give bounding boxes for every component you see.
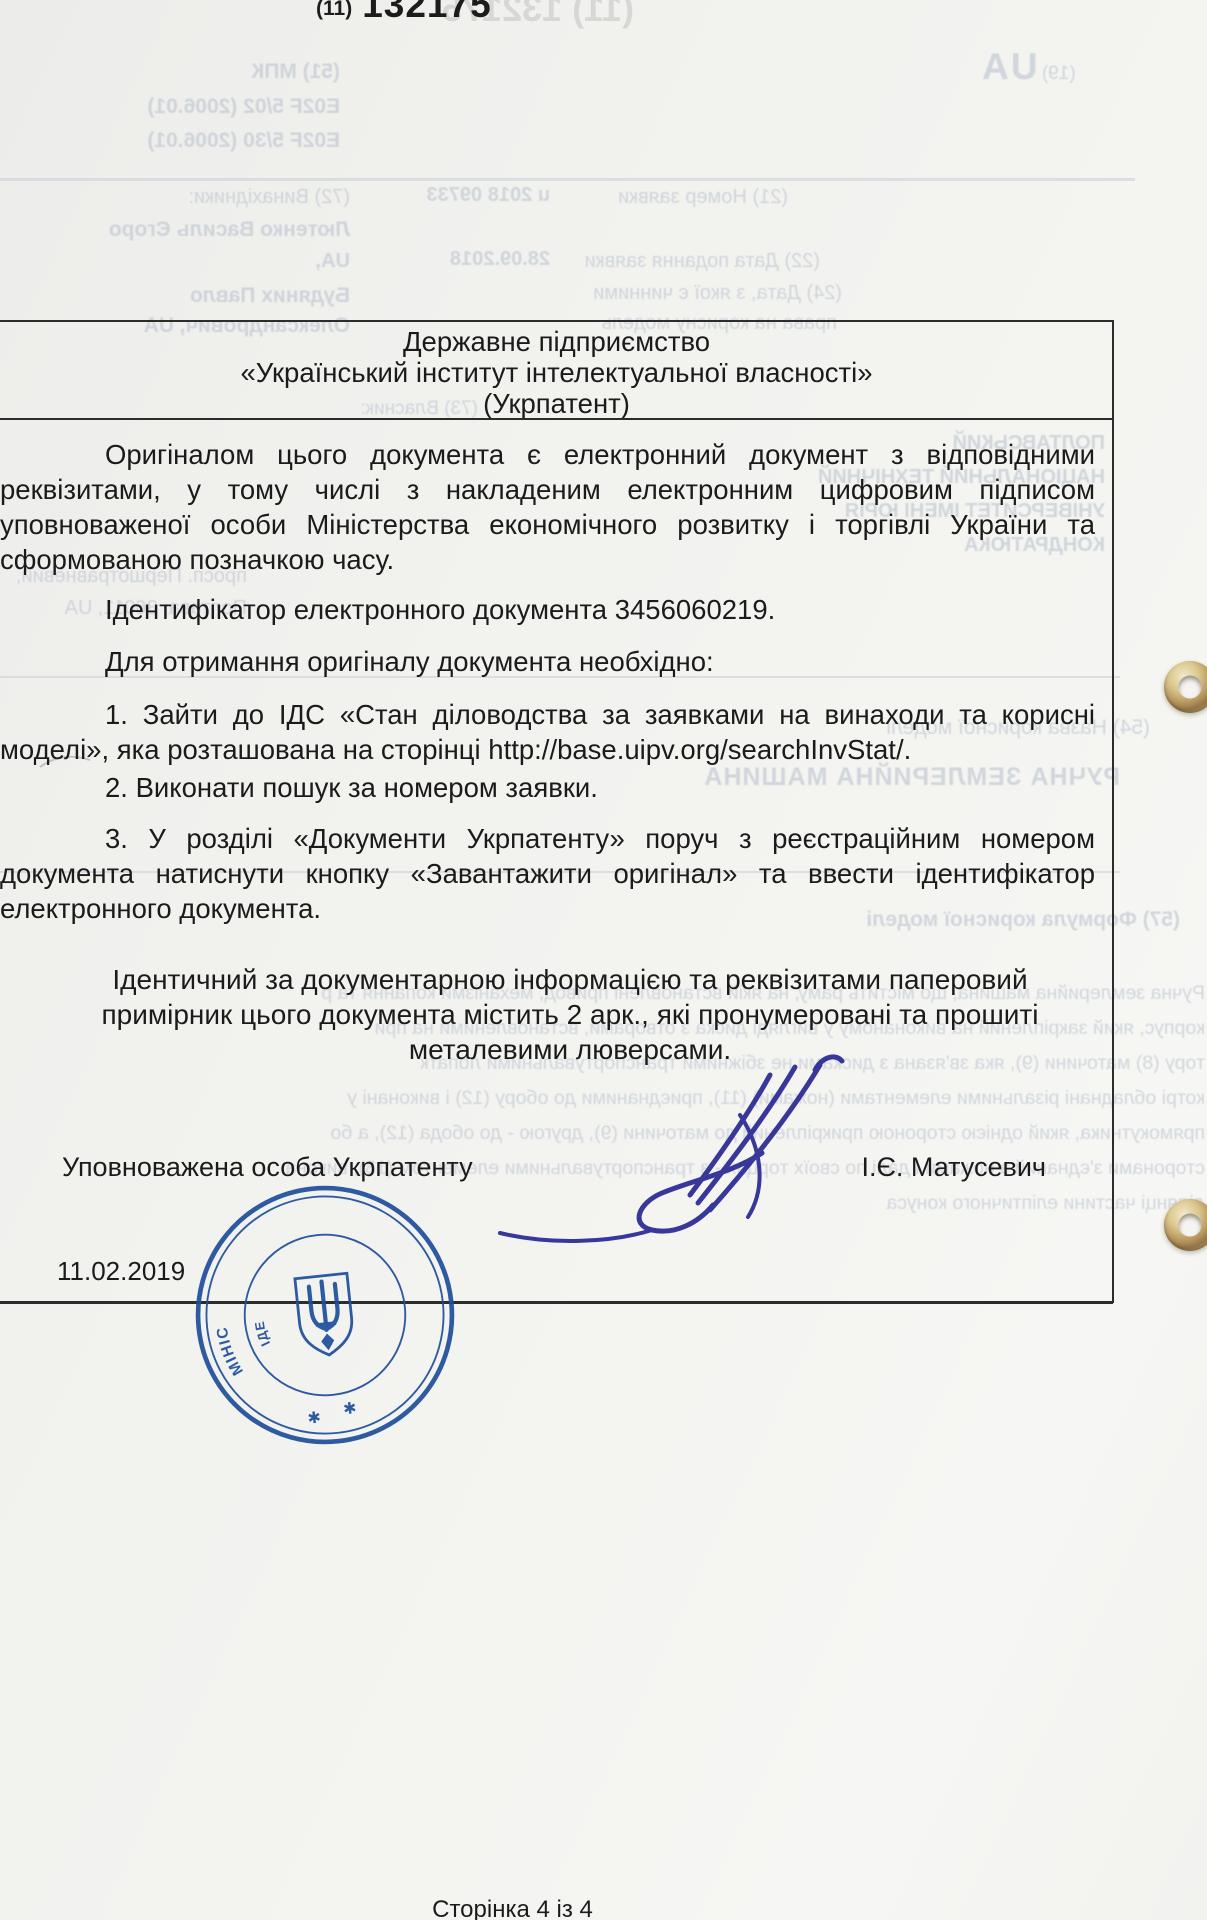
- step2-line: 2. Виконати пошук за номером заявки.: [0, 770, 1095, 805]
- header-enterprise: Державне підприємство: [0, 326, 1113, 357]
- frame-rule-top: [0, 320, 1113, 322]
- page-number-label: Сторінка 4 із 4: [0, 1892, 1025, 1920]
- bleedthrough-country-code: (19) UA: [980, 46, 1076, 88]
- bleed-app-number: u 2018 09733: [412, 184, 550, 207]
- bleed-ipc-code2: E02F 5/30 (2006.01): [48, 129, 340, 153]
- document-body: Оригіналом цього документа є електронний…: [0, 437, 1095, 926]
- paragraph-line: сформованою позначкою часу.: [0, 542, 1095, 577]
- step3-line: 3. У розділі «Документи Укрпатенту» пору…: [0, 821, 1095, 856]
- scanned-patent-page: (19) UA (51) МПК E02F 5/02 (2006.01) E02…: [0, 0, 1207, 1920]
- bleed-kind-code: (19): [1042, 63, 1076, 84]
- frame-rule-right: [1112, 320, 1114, 1303]
- step3-line: електронного документа.: [0, 891, 1095, 926]
- bleed-rights-label1: (24) Дата, з якої є чинними: [558, 282, 842, 305]
- trident-emblem-icon: [295, 1273, 355, 1357]
- stamp-ring-label: МІНІСТЕРСТВО ЕКОНОМІЧНОГО РОЗВИТКУ І ТОР…: [171, 1172, 248, 1384]
- stamp-star-icon: ✱: [307, 1409, 322, 1427]
- obtain-instructions-line: Для отримання оригіналу документа необхі…: [0, 644, 1095, 679]
- metal-grommet: [1164, 661, 1207, 713]
- stamp-star-icon: ✱: [342, 1400, 357, 1418]
- bleed-ua-code: UA: [980, 46, 1037, 87]
- step1-line: моделі», яка розташована на сторінці htt…: [0, 732, 1095, 767]
- header-ukrpatent: (Укрпатент): [0, 388, 1113, 419]
- metal-grommet: [1164, 1199, 1207, 1251]
- document-date: 11.02.2019: [57, 1254, 185, 1289]
- publication-code-prefix: (11): [316, 0, 352, 26]
- stamp-ring-text: МІНІСТЕРСТВО ЕКОНОМІЧНОГО РОЗВИТКУ І ТОР…: [171, 1172, 248, 1384]
- bleed-filing-date-label: (22) Дата подання заявки: [558, 250, 820, 273]
- handwritten-signature: [470, 1045, 850, 1255]
- bleed-inventors-label: (72) Винахідники:: [138, 186, 350, 209]
- bleed-rule: [0, 178, 1135, 181]
- publication-number: (11) 132175: [316, 0, 492, 26]
- publication-number-value: 132175: [362, 0, 491, 26]
- bleed-ipc-label: (51) МПК: [48, 60, 340, 84]
- bleed-ipc-code1: E02F 5/02 (2006.01): [48, 95, 340, 119]
- bleed-app-number-label: (21) Номер заявки: [558, 186, 788, 209]
- document-header: Державне підприємство «Український інсти…: [0, 326, 1113, 419]
- bleed-filing-date: 28.09.2018: [412, 248, 550, 271]
- bleed-claims-line: ділянці частини еліптичного конуса: [800, 1192, 1205, 1215]
- step3-line: документа натиснути кнопку «Завантажити …: [0, 856, 1095, 891]
- note-line: Ідентичний за документарною інформацією …: [0, 962, 1140, 997]
- identifier-line: Ідентифікатор електронного документа 345…: [0, 592, 1095, 627]
- ministry-round-stamp: МІНІСТЕРСТВО ЕКОНОМІЧНОГО РОЗВИТКУ І ТОР…: [171, 1161, 479, 1469]
- paragraph-line: уповноваженої особи Міністерства економі…: [0, 507, 1095, 542]
- paragraph-line: реквізитами, у тому числі з накладеним е…: [0, 472, 1095, 507]
- bleed-inventor2a: Будяних Павло: [145, 284, 350, 308]
- frame-rule-bottom: [0, 1301, 1113, 1304]
- frame-rule-under-header: [0, 418, 1113, 420]
- bleed-inventor1: Лютенко Василь Єгоро: [50, 218, 350, 242]
- bleed-inventor1-country: UA,: [298, 250, 350, 273]
- header-institute: «Український інститут інтелектуальної вл…: [0, 357, 1113, 388]
- note-line: примірник цього документа містить 2 арк.…: [0, 997, 1140, 1032]
- step1-line: 1. Зайти до ІДС «Стан діловодства за зая…: [0, 697, 1095, 732]
- paragraph-line: Оригіналом цього документа є електронний…: [0, 437, 1095, 472]
